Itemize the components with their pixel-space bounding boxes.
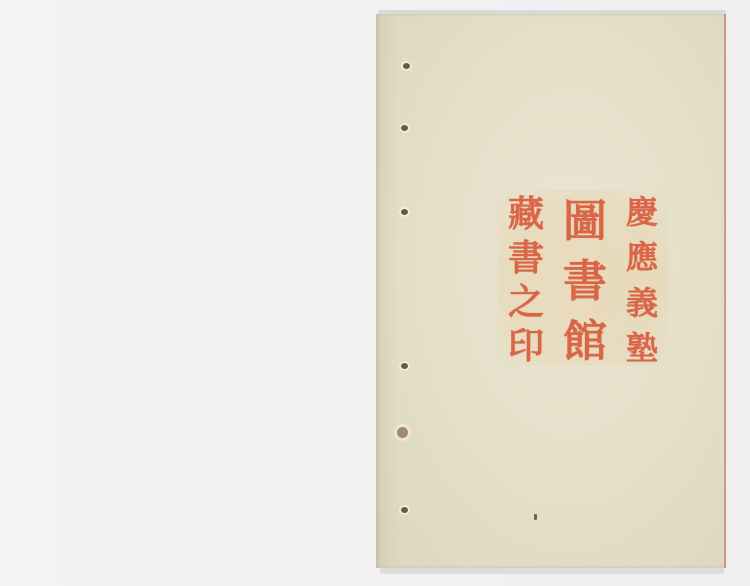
seal-char: 慶 (626, 192, 658, 232)
seal-column-collection-seal: 藏 書 之 印 (499, 190, 553, 368)
binding-hole (401, 125, 408, 131)
binding-hole (401, 363, 408, 369)
seal-char: 之 (508, 280, 544, 324)
seal-char: 應 (626, 237, 658, 277)
binding-hole (403, 63, 410, 69)
seal-char: 塾 (626, 328, 658, 368)
seal-char: 館 (563, 314, 607, 370)
paper-speck (534, 514, 537, 520)
seal-char: 圖 (563, 194, 607, 250)
seal-column-keio-gijuku: 慶 應 義 塾 (617, 190, 667, 368)
seal-char: 書 (508, 236, 544, 280)
binding-hole-large (397, 427, 408, 438)
seal-column-library: 圖 書 館 (558, 190, 612, 370)
library-seal: 慶 應 義 塾 圖 書 館 藏 書 之 印 (497, 190, 669, 366)
seal-char: 印 (508, 324, 544, 368)
binding-hole (401, 209, 408, 215)
seal-char: 藏 (508, 192, 544, 236)
binding-hole (401, 507, 408, 513)
seal-char: 書 (563, 254, 607, 310)
seal-char: 義 (626, 283, 658, 323)
